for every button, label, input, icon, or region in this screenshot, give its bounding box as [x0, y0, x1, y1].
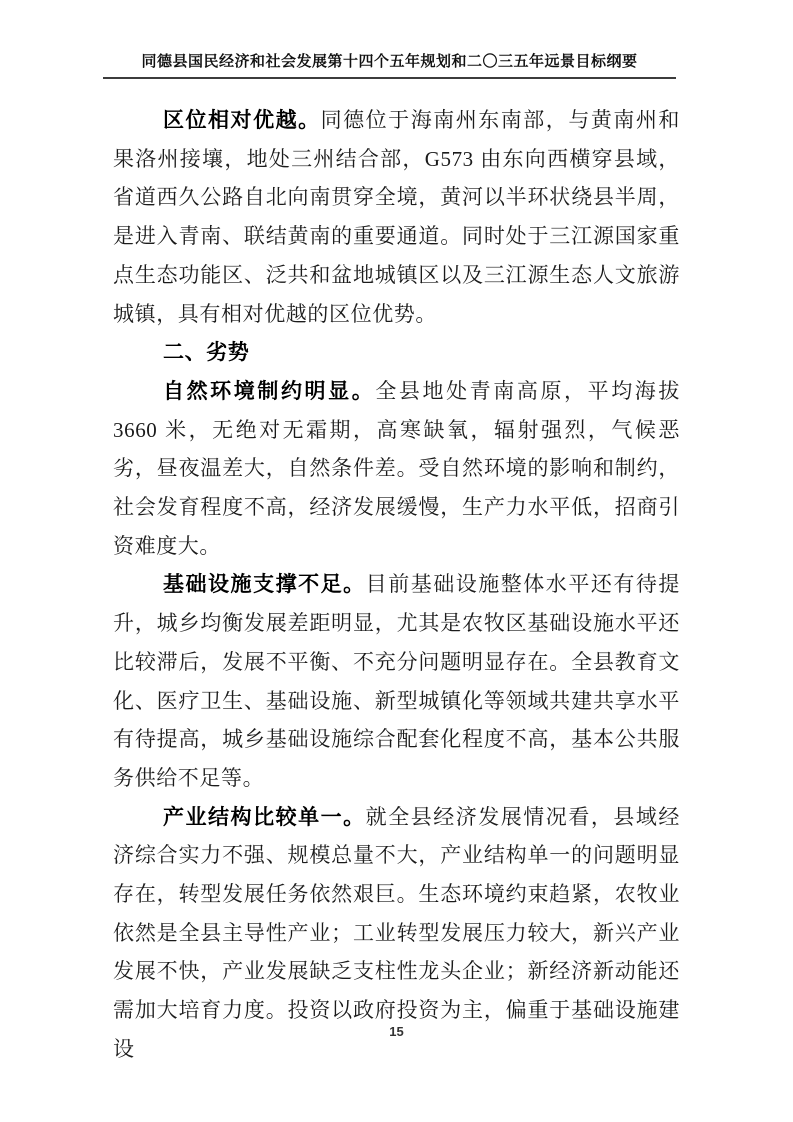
- paragraph-lead: 产业结构比较单一。: [163, 805, 366, 829]
- paragraph-text: 全县地处青南高原，平均海拔 3660 米，无绝对无霜期，高寒缺氧，辐射强烈，气候…: [113, 379, 680, 558]
- page-header: 同德县国民经济和社会发展第十四个五年规划和二〇三五年远景目标纲要: [103, 0, 676, 79]
- document-page: 同德县国民经济和社会发展第十四个五年规划和二〇三五年远景目标纲要 区位相对优越。…: [0, 0, 793, 1122]
- paragraph-lead: 基础设施支撑不足。: [163, 572, 366, 596]
- section-heading-weaknesses: 二、劣势: [113, 333, 680, 372]
- paragraph-lead: 区位相对优越。: [163, 108, 321, 132]
- paragraph-text: 同德位于海南州东南部，与黄南州和果洛州接壤，地处三州结合部，G573 由东向西横…: [113, 108, 680, 326]
- paragraph-text: 目前基础设施整体水平还有待提升，城乡均衡发展差距明显，尤其是农牧区基础设施水平还…: [113, 572, 680, 790]
- paragraph-lead: 自然环境制约明显。: [163, 379, 375, 403]
- paragraph-location-advantage: 区位相对优越。同德位于海南州东南部，与黄南州和果洛州接壤，地处三州结合部，G57…: [113, 101, 680, 333]
- header-title: 同德县国民经济和社会发展第十四个五年规划和二〇三五年远景目标纲要: [103, 52, 676, 72]
- page-number: 15: [389, 1024, 403, 1039]
- paragraph-infrastructure: 基础设施支撑不足。目前基础设施整体水平还有待提升，城乡均衡发展差距明显，尤其是农…: [113, 565, 680, 797]
- page-footer: 15: [0, 1023, 793, 1041]
- document-body: 区位相对优越。同德位于海南州东南部，与黄南州和果洛州接壤，地处三州结合部，G57…: [113, 101, 680, 1069]
- paragraph-natural-environment: 自然环境制约明显。全县地处青南高原，平均海拔 3660 米，无绝对无霜期，高寒缺…: [113, 372, 680, 566]
